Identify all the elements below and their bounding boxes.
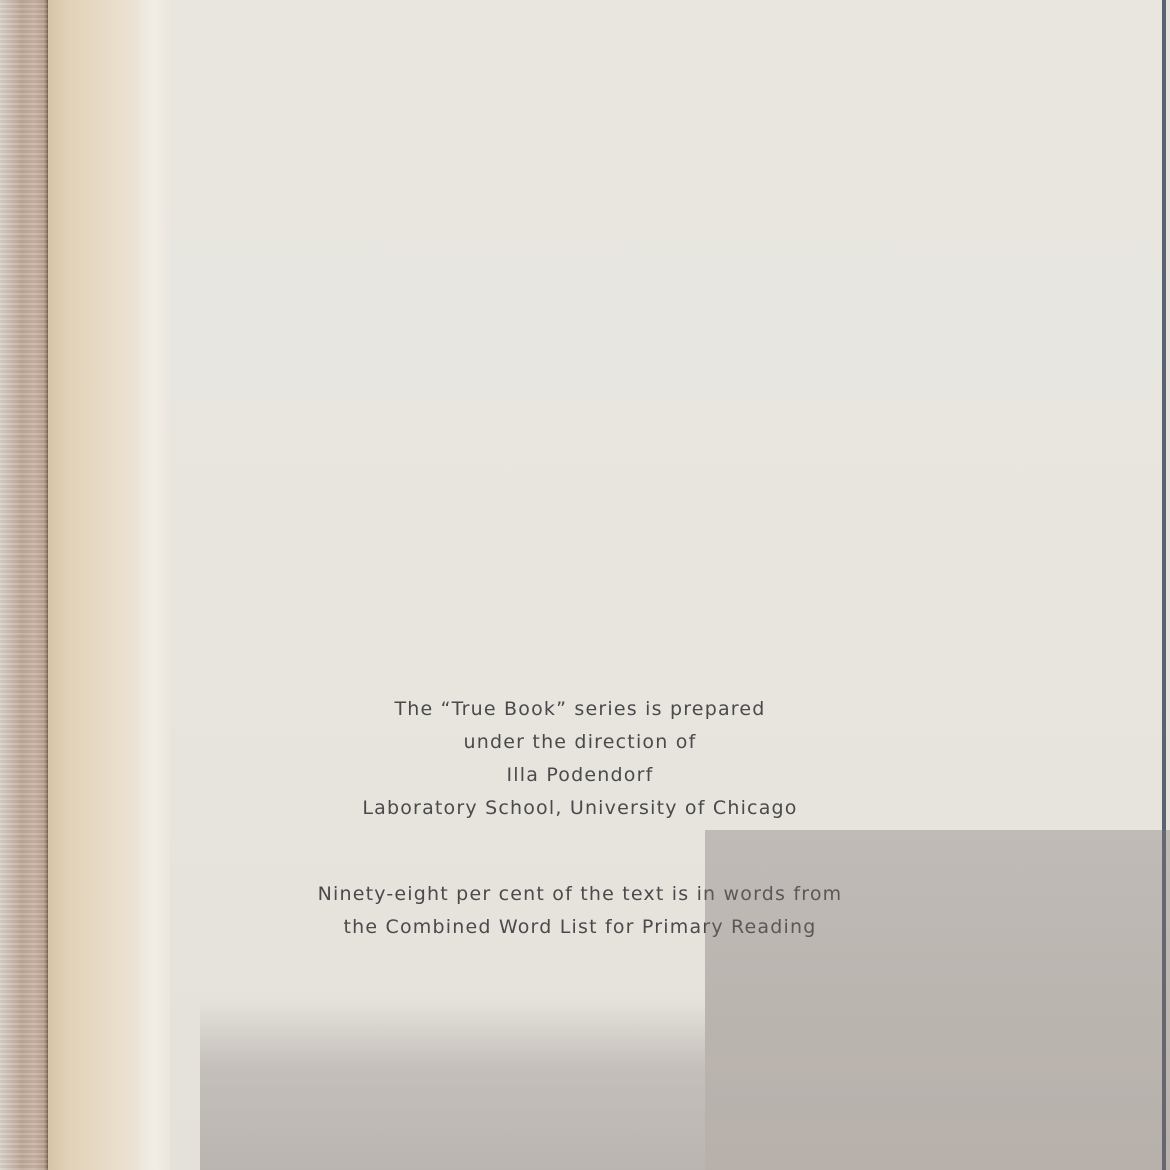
endpaper-hinge	[48, 0, 140, 1170]
book-page	[170, 0, 1166, 1170]
book-spine-cloth	[0, 0, 48, 1170]
page-gutter	[140, 0, 170, 1170]
credits-editor-name: Illa Podendorf	[300, 759, 860, 792]
series-credits: The “True Book” series is prepared under…	[300, 693, 860, 825]
word-list-note: Ninety-eight per cent of the text is in …	[300, 878, 860, 944]
credits-line-1: The “True Book” series is prepared	[300, 693, 860, 726]
page-right-edge	[1162, 0, 1166, 1170]
credits-line-2: under the direction of	[300, 726, 860, 759]
note-line-1: Ninety-eight per cent of the text is in …	[300, 878, 860, 911]
note-line-2: the Combined Word List for Primary Readi…	[300, 911, 860, 944]
credits-affiliation: Laboratory School, University of Chicago	[300, 792, 860, 825]
